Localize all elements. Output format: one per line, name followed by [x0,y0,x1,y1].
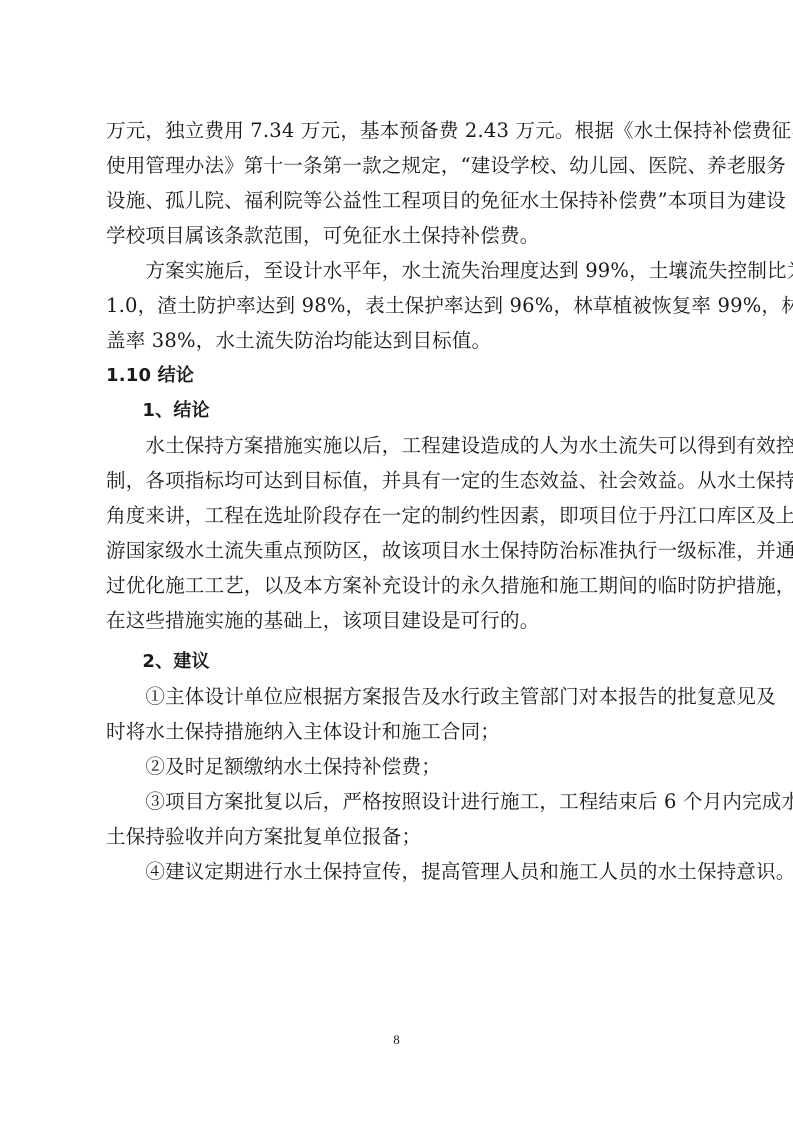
subsection-heading: 2、建议 [106,649,716,675]
paragraph-line: 在这些措施实施的基础上，该项目建设是可行的。 [106,608,716,634]
list-item-continuation: 土保持验收并向方案批复单位报备； [106,824,716,850]
paragraph-line: 万元，独立费用 7.34 万元，基本预备费 2.43 万元。根据《水土保持补偿费… [106,118,716,144]
paragraph-line: 角度来讲，工程在选址阶段存在一定的制约性因素，即项目位于丹江口库区及上 [106,503,716,529]
paragraph-line: 制，各项指标均可达到目标值，并具有一定的生态效益、社会效益。从水土保持 [106,468,716,494]
list-item: ②及时足额缴纳水土保持补偿费； [106,754,716,780]
paragraph-line: 学校项目属该条款范围，可免征水土保持补偿费。 [106,223,716,249]
paragraph-line: 过优化施工工艺，以及本方案补充设计的永久措施和施工期间的临时防护措施， [106,573,716,599]
paragraph-line: 游国家级水土流失重点预防区，故该项目水土保持防治标准执行一级标准，并通 [106,538,716,564]
paragraph-line: 使用管理办法》第十一条第一款之规定，“建设学校、幼儿园、医院、养老服务 [106,153,716,179]
list-item: ①主体设计单位应根据方案报告及水行政主管部门对本报告的批复意见及 [106,684,716,710]
section-heading: 1.10 结论 [106,363,716,389]
list-item-continuation: 时将水土保持措施纳入主体设计和施工合同； [106,719,716,745]
page-number: 8 [0,1032,793,1048]
paragraph-line: 1.0，渣土防护率达到 98%，表土保护率达到 96%，林草植被恢复率 99%，… [106,293,716,319]
paragraph-line: 方案实施后，至设计水平年，水土流失治理度达到 99%，土壤流失控制比为 [106,258,716,284]
paragraph-line: 设施、孤儿院、福利院等公益性工程项目的免征水土保持补偿费”本项目为建设 [106,188,716,214]
list-item: ③项目方案批复以后，严格按照设计进行施工，工程结束后 6 个月内完成水 [106,789,716,815]
subsection-heading: 1、结论 [106,398,716,424]
document-page: 万元，独立费用 7.34 万元，基本预备费 2.43 万元。根据《水土保持补偿费… [0,0,793,1122]
paragraph-line: 盖率 38%，水土流失防治均能达到目标值。 [106,328,716,354]
paragraph-line: 水土保持方案措施实施以后，工程建设造成的人为水土流失可以得到有效控 [106,433,716,459]
list-item: ④建议定期进行水土保持宣传，提高管理人员和施工人员的水土保持意识。 [106,859,716,885]
